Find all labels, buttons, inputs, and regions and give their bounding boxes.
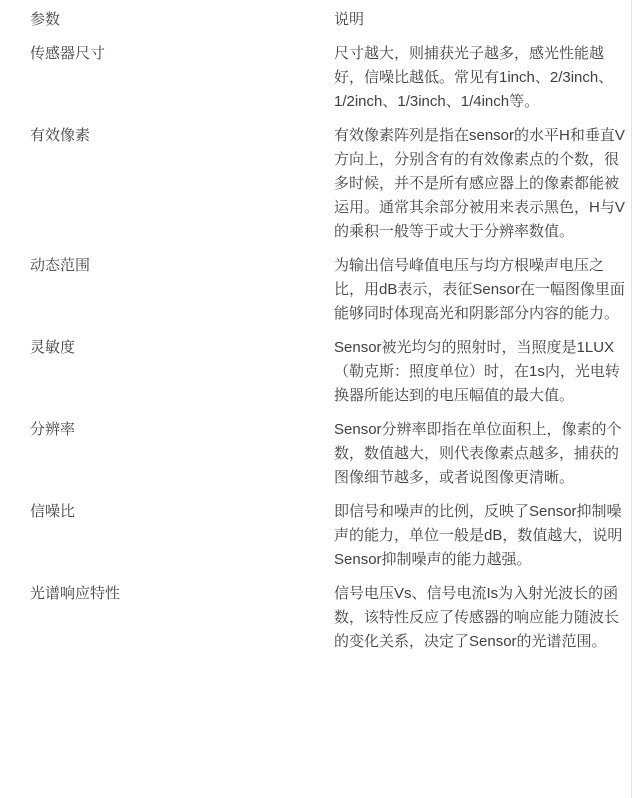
desc-cell: 信号电压Vs、信号电流Is为入射光波长的函数，该特性反应了传感器的响应能力随波长… — [334, 582, 631, 654]
param-cell: 光谱响应特性 — [0, 582, 334, 606]
table-row: 传感器尺寸 尺寸越大，则捕获光子越多，感光性能越好，信噪比越低。常见有1inch… — [0, 42, 631, 114]
param-cell: 灵敏度 — [0, 336, 334, 360]
table-header-row: 参数 说明 — [0, 8, 631, 32]
desc-cell: Sensor分辨率即指在单位面积上，像素的个数，数值越大，则代表像素点越多，捕获… — [334, 418, 631, 490]
sensor-parameters-page: 参数 说明 传感器尺寸 尺寸越大，则捕获光子越多，感光性能越好，信噪比越低。常见… — [0, 0, 635, 798]
header-param: 参数 — [0, 8, 334, 32]
param-cell: 有效像素 — [0, 124, 334, 148]
param-cell: 分辨率 — [0, 418, 334, 442]
desc-cell: Sensor被光均匀的照射时，当照度是1LUX（勒克斯：照度单位）时，在1s内，… — [334, 336, 631, 408]
desc-cell: 尺寸越大，则捕获光子越多，感光性能越好，信噪比越低。常见有1inch、2/3in… — [334, 42, 631, 114]
table-row: 灵敏度 Sensor被光均匀的照射时，当照度是1LUX（勒克斯：照度单位）时，在… — [0, 336, 631, 408]
desc-cell: 有效像素阵列是指在sensor的水平H和垂直V方向上，分别含有的有效像素点的个数… — [334, 124, 631, 244]
table-row: 分辨率 Sensor分辨率即指在单位面积上，像素的个数，数值越大，则代表像素点越… — [0, 418, 631, 490]
parameter-table: 参数 说明 传感器尺寸 尺寸越大，则捕获光子越多，感光性能越好，信噪比越低。常见… — [0, 0, 632, 798]
header-desc: 说明 — [334, 8, 631, 32]
table-row: 动态范围 为输出信号峰值电压与均方根噪声电压之比，用dB表示，表征Sensor在… — [0, 254, 631, 326]
table-row: 信噪比 即信号和噪声的比例，反映了Sensor抑制噪声的能力，单位一般是dB，数… — [0, 500, 631, 572]
param-cell: 传感器尺寸 — [0, 42, 334, 66]
table-row: 有效像素 有效像素阵列是指在sensor的水平H和垂直V方向上，分别含有的有效像… — [0, 124, 631, 244]
table-row: 光谱响应特性 信号电压Vs、信号电流Is为入射光波长的函数，该特性反应了传感器的… — [0, 582, 631, 654]
desc-cell: 为输出信号峰值电压与均方根噪声电压之比，用dB表示，表征Sensor在一幅图像里… — [334, 254, 631, 326]
param-cell: 动态范围 — [0, 254, 334, 278]
desc-cell: 即信号和噪声的比例，反映了Sensor抑制噪声的能力，单位一般是dB，数值越大，… — [334, 500, 631, 572]
param-cell: 信噪比 — [0, 500, 334, 524]
